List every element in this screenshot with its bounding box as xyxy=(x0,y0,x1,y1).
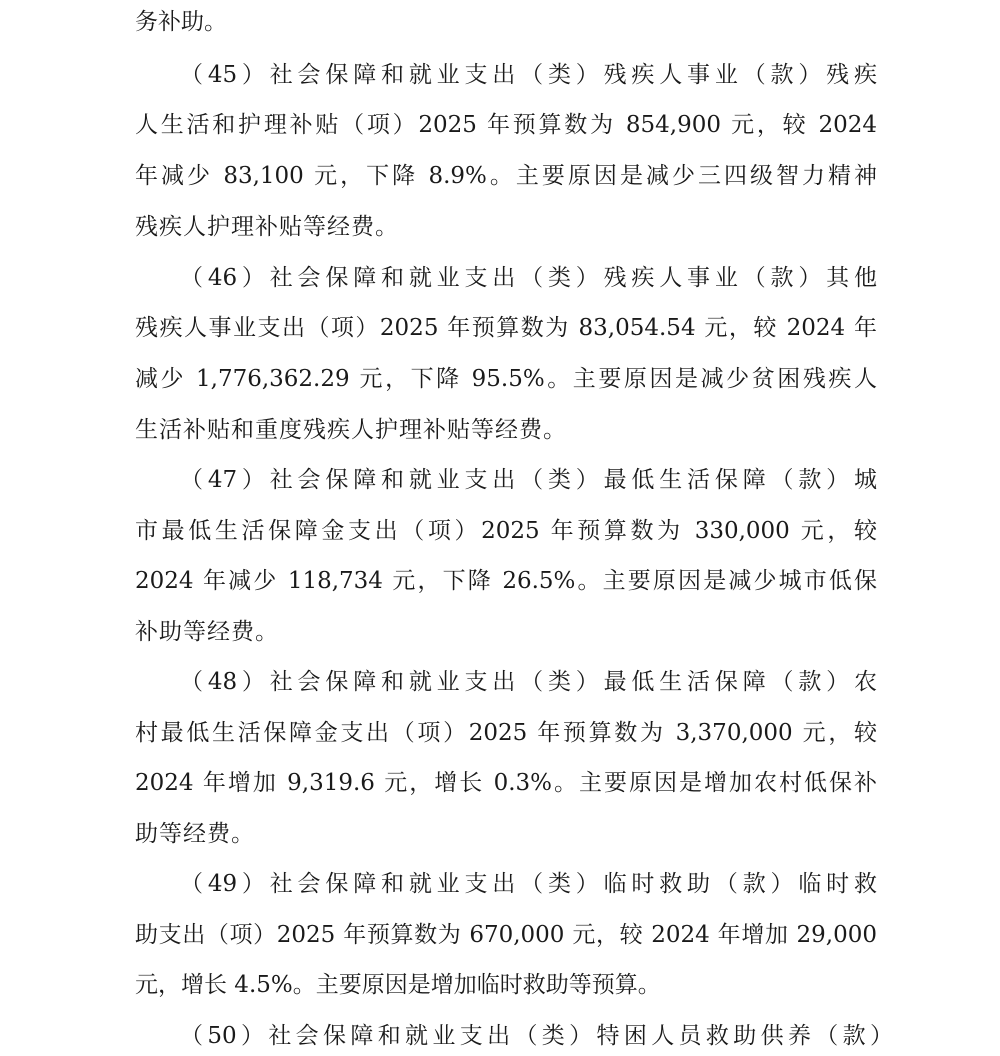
document-page: 务补助。 （45）社会保障和就业支出（类）残疾人事业（款）残疾 人生活和护理补贴… xyxy=(0,0,1000,1056)
paragraph-45-line-4: 残疾人护理补贴等经费。 xyxy=(135,210,877,244)
paragraph-50-line-1: （50）社会保障和就业支出（类）特困人员救助供养（款） xyxy=(180,1019,893,1053)
paragraph-46-line-1: （46）社会保障和就业支出（类）残疾人事业（款）其他 xyxy=(180,261,877,295)
paragraph-48-line-2: 村最低生活保障金支出（项）2025 年预算数为 3,370,000 元，较 xyxy=(135,716,877,750)
paragraph-47-line-2: 市最低生活保障金支出（项）2025 年预算数为 330,000 元，较 xyxy=(135,514,877,548)
paragraph-45-line-2: 人生活和护理补贴（项）2025 年预算数为 854,900 元，较 2024 xyxy=(135,108,877,142)
paragraph-46-line-4: 生活补贴和重度残疾人护理补贴等经费。 xyxy=(135,413,877,447)
paragraph-47-line-4: 补助等经费。 xyxy=(135,615,877,649)
paragraph-49-line-1: （49）社会保障和就业支出（类）临时救助（款）临时救 xyxy=(180,867,877,901)
paragraph-47-line-1: （47）社会保障和就业支出（类）最低生活保障（款）城 xyxy=(180,463,877,497)
paragraph-44-tail-line-1: 务补助。 xyxy=(135,5,877,39)
paragraph-46-line-3: 减少 1,776,362.29 元，下降 95.5%。主要原因是减少贫困残疾人 xyxy=(135,362,877,396)
paragraph-48-line-1: （48）社会保障和就业支出（类）最低生活保障（款）农 xyxy=(180,665,877,699)
paragraph-48-line-3: 2024 年增加 9,319.6 元，增长 0.3%。主要原因是增加农村低保补 xyxy=(135,766,877,800)
paragraph-47-line-3: 2024 年减少 118,734 元，下降 26.5%。主要原因是减少城市低保 xyxy=(135,564,877,598)
paragraph-45-line-1: （45）社会保障和就业支出（类）残疾人事业（款）残疾 xyxy=(180,58,877,92)
paragraph-49-line-2: 助支出（项）2025 年预算数为 670,000 元，较 2024 年增加 29… xyxy=(135,918,877,952)
paragraph-48-line-4: 助等经费。 xyxy=(135,817,877,851)
paragraph-49-line-3: 元，增长 4.5%。主要原因是增加临时救助等预算。 xyxy=(135,968,877,1002)
paragraph-46-line-2: 残疾人事业支出（项）2025 年预算数为 83,054.54 元，较 2024 … xyxy=(135,311,877,345)
paragraph-45-line-3: 年减少 83,100 元，下降 8.9%。主要原因是减少三四级智力精神 xyxy=(135,159,877,193)
